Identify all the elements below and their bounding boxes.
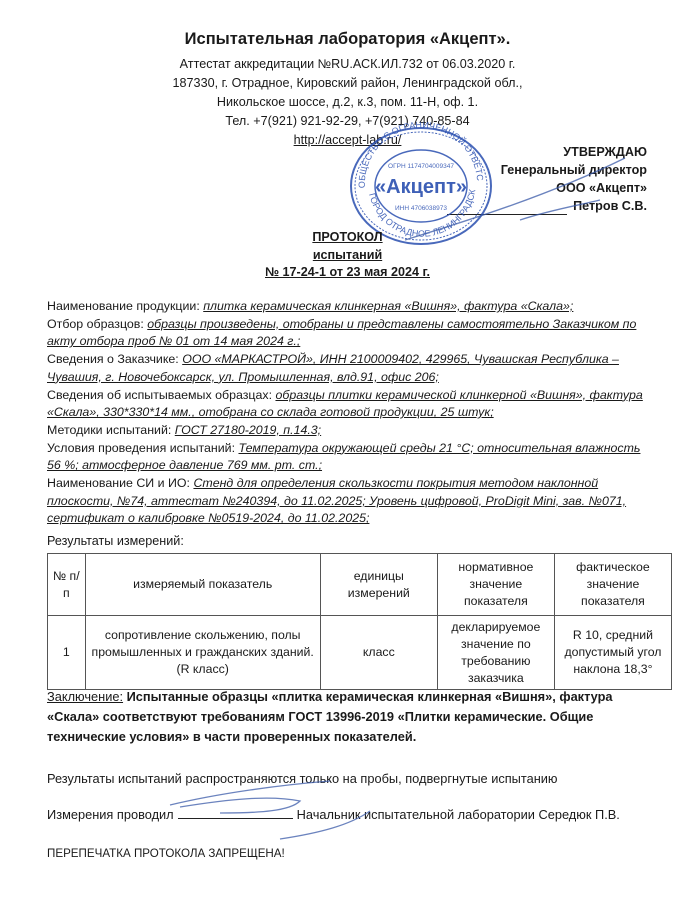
- info-sampling: Отбор образцов: образцы произведены, ото…: [47, 316, 657, 351]
- col-units: единицы измерений: [320, 554, 437, 616]
- conclusion-label: Заключение:: [47, 689, 123, 704]
- protocol-number: № 17-24-1 от 23 мая 2024 г.: [0, 265, 695, 279]
- info-conditions: Условия проведения испытаний: Температур…: [47, 440, 657, 475]
- company-stamp-icon: ОБЩЕСТВО С ОГРАНИЧЕННОЙ ОТВЕТСТВЕННОСТЬЮ…: [345, 122, 497, 246]
- info-label: Наименование продукции:: [47, 299, 203, 313]
- info-label: Отбор образцов:: [47, 317, 147, 331]
- info-label: Сведения об испытываемых образцах:: [47, 388, 275, 402]
- info-samples: Сведения об испытываемых образцах: образ…: [47, 387, 657, 422]
- cell-actual: R 10, средний допустимый угол наклона 18…: [554, 616, 671, 690]
- results-table: № п/п измеряемый показатель единицы изме…: [47, 553, 672, 690]
- measured-by-row: Измерения проводилНачальник испытательно…: [47, 806, 620, 822]
- cell-units: класс: [320, 616, 437, 690]
- col-actual: фактическое значение показателя: [554, 554, 671, 616]
- info-customer: Сведения о Заказчике: ООО «МАРКАСТРОЙ», …: [47, 351, 657, 386]
- protocol-heading-1: ПРОТОКОЛ: [0, 230, 695, 244]
- info-product: Наименование продукции: плитка керамичес…: [47, 298, 657, 316]
- table-row: 1 сопротивление скольжению, полы промышл…: [48, 616, 672, 690]
- col-parameter: измеряемый показатель: [85, 554, 320, 616]
- lab-head: Начальник испытательной лаборатории Сере…: [297, 807, 620, 822]
- signature-blank: [178, 806, 293, 819]
- accreditation: Аттестат аккредитации №RU.АСК.ИЛ.732 от …: [0, 57, 695, 71]
- svg-text:ОГРН 1174704009347: ОГРН 1174704009347: [388, 163, 454, 170]
- col-normative: нормативное значение показателя: [437, 554, 554, 616]
- info-value: плитка керамическая клинкерная «Вишня», …: [203, 299, 573, 313]
- address-line-2: Никольское шоссе, д.2, к.3, пом. 11-Н, о…: [0, 95, 695, 109]
- conclusion: Заключение: Испытанные образцы «плитка к…: [47, 687, 667, 747]
- info-value: ГОСТ 27180-2019, п.14.3;: [175, 423, 321, 437]
- measured-by-label: Измерения проводил: [47, 807, 174, 822]
- info-block: Наименование продукции: плитка керамичес…: [47, 298, 657, 528]
- info-label: Наименование СИ и ИО:: [47, 476, 193, 490]
- cell-number: 1: [48, 616, 86, 690]
- svg-text:ИНН 4706038973: ИНН 4706038973: [395, 205, 447, 212]
- results-note: Результаты испытаний распространяются то…: [47, 771, 558, 786]
- info-equipment: Наименование СИ и ИО: Стенд для определе…: [47, 475, 657, 528]
- approval-name: Петров С.В.: [573, 199, 647, 213]
- protocol-heading-2: испытаний: [0, 248, 695, 262]
- info-methods: Методики испытаний: ГОСТ 27180-2019, п.1…: [47, 422, 657, 440]
- address-line-1: 187330, г. Отрадное, Кировский район, Ле…: [0, 76, 695, 90]
- conclusion-text: Испытанные образцы «плитка керамическая …: [47, 689, 613, 744]
- info-label: Сведения о Заказчике:: [47, 352, 182, 366]
- results-label: Результаты измерений:: [47, 534, 184, 548]
- info-label: Методики испытаний:: [47, 423, 175, 437]
- reprint-forbidden: ПЕРЕПЕЧАТКА ПРОТОКОЛА ЗАПРЕЩЕНА!: [47, 847, 285, 860]
- lab-title: Испытательная лаборатория «Акцепт».: [0, 30, 695, 49]
- info-label: Условия проведения испытаний:: [47, 441, 238, 455]
- col-number: № п/п: [48, 554, 86, 616]
- svg-text:«Акцепт»: «Акцепт»: [375, 176, 467, 198]
- table-header-row: № п/п измеряемый показатель единицы изме…: [48, 554, 672, 616]
- cell-normative: декларируемое значение по требованию зак…: [437, 616, 554, 690]
- cell-parameter: сопротивление скольжению, полы промышлен…: [85, 616, 320, 690]
